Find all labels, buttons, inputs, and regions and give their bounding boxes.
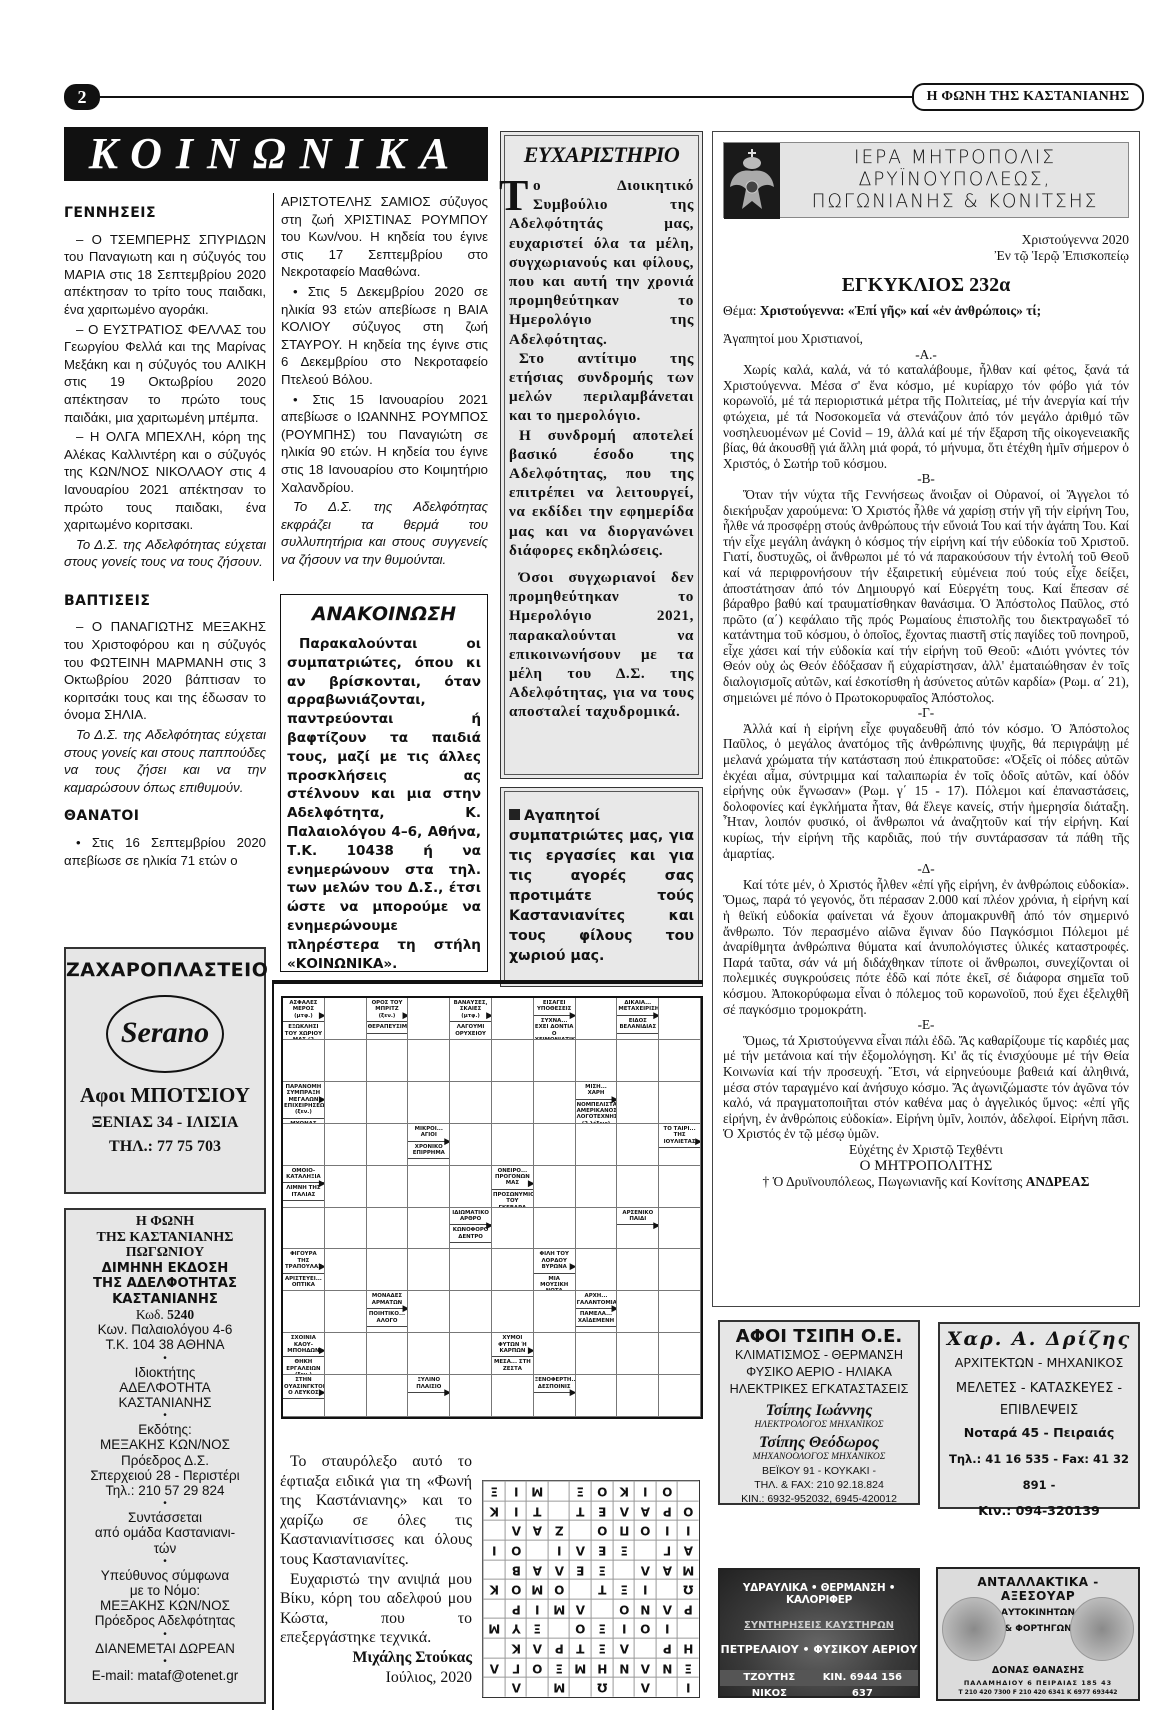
section-mark: -Α.- — [723, 347, 1129, 363]
ad-name: ΔΟΝΑΣ ΘΑΝΑΣΗΣ — [938, 1665, 1138, 1676]
crossword-cell[interactable] — [492, 1291, 534, 1333]
crossword-cell[interactable]: ΣΤΗΝ ΟΥΑΣΙΝΓΚΤΟΝ Ο ΛΕΥΚΟΣ▶ — [283, 1375, 325, 1417]
crossword-cell[interactable] — [450, 1249, 492, 1291]
deaths-heading: ΘΑΝΑΤΟΙ — [64, 808, 266, 826]
crossword-clue: ΜΙΣΗ... ΧΑΡΗ — [576, 1082, 617, 1100]
crossword-cell[interactable] — [492, 1249, 534, 1291]
crossword-solution-grid: ΞΙΜΞΟΚΙΟΚΙΤΤΕΛΑΡΟΛΑΖΟΠΟΙΙΙΟΙΛΕΞΓΑΒΑΛΕΞΛΑ… — [482, 1480, 700, 1698]
closing: Εὐχέτης ἐν Χριστῷ Τεχθέντι — [723, 1142, 1129, 1158]
ad-serano: ΖΑΧΑΡΟΠΛΑΣΤΕΙΟ Serano Αφοι ΜΠΟΤΣΙΟΥ ΞΕΝΙ… — [64, 947, 266, 1194]
encyclical-title: ΕΓΚΥΚΛΙΟΣ 232α — [723, 274, 1129, 297]
crossword-clue: ΤΟ ΤΑΙΡΙ... ΤΗΣ ΙΟΥΛΙΕΤΑΣ — [659, 1124, 700, 1148]
crossword-cell[interactable] — [367, 1208, 409, 1250]
crossword-cell[interactable]: ΕΙΣΑΓΕΙ ΥΠΟΘΕΣΕΙΣΣΥΧΝΑ... ΕΧΕΙ ΔΟΝΤΙΑ Ο … — [534, 998, 576, 1040]
crossword-clue: ΟΜΟΙΟ-ΚΑΤΑΛΗΞΙΑ — [283, 1166, 324, 1184]
crossword-cell[interactable]: ΑΣΦΑΛΕΣ ΜΕΡΟΣ (μτφ.)ΕΞΩΚΛΗΣΙ ΤΟΥ ΧΩΡΙΟΥ … — [283, 998, 325, 1040]
crossword-cell[interactable] — [283, 1124, 325, 1166]
crossword-cell[interactable]: ΧΥΜΟΙ ΦΥΤΩΝ Ή ΚΑΡΠΩΝΜΕΣΑ... ΣΤΗ ΖΕΣΤΑ▶ — [492, 1333, 534, 1375]
crossword-cell[interactable] — [492, 1040, 534, 1082]
solution-cell: Ξ — [591, 1618, 613, 1638]
crossword-cell[interactable] — [617, 1124, 659, 1166]
solution-cell — [483, 1599, 505, 1619]
crossword-cell[interactable] — [408, 1082, 450, 1124]
crossword-cell[interactable] — [325, 1208, 367, 1250]
page-number: 2 — [64, 84, 100, 110]
thanks-box: ΕΥΧΑΡΙΣΤΗΡΙΟ Το Διοικητικό Συμβούλιο της… — [500, 131, 703, 779]
solution-cell: Ξ — [483, 1481, 505, 1501]
solution-cell — [634, 1540, 656, 1560]
signatory-title: Ο ΜΗΤΡΟΠΟΛΙΤΗΣ — [723, 1158, 1129, 1174]
crossword-cell[interactable] — [408, 1249, 450, 1291]
crossword-cell[interactable] — [325, 1040, 367, 1082]
ad-name: ΑΦΟΙ ΤΣΙΠΗ Ο.Ε. — [720, 1326, 918, 1347]
masthead-code: Κωδ. 5240 — [66, 1307, 264, 1322]
solution-cell: Ι — [677, 1520, 699, 1540]
masthead-publisher: Εκδότης: — [66, 1422, 264, 1437]
solution-cell: Μ — [548, 1599, 570, 1619]
crossword-cell[interactable] — [617, 1333, 659, 1375]
solution-cell — [483, 1677, 505, 1697]
solution-cell: Ξ — [677, 1658, 699, 1678]
crossword-cell[interactable] — [576, 1333, 618, 1375]
crossword-cell[interactable] — [325, 1333, 367, 1375]
ad-line: ΥΔΡΑΥΛΙΚΑ • ΘΕΡΜΑΝΣΗ • ΚΑΛΟΡΙΦΕΡ — [720, 1582, 918, 1606]
masthead-email[interactable]: E-mail: mataf@otenet.gr — [66, 1668, 264, 1683]
crossword-cell[interactable] — [492, 998, 534, 1040]
crossword-cell[interactable]: ΟΝΕΙΡΟ... ΠΡΟΓΟΝΩΝ ΜΑΣΠΡΟΣΩΝΥΜΙΟ ΤΟΥ ΓΚΕ… — [492, 1166, 534, 1208]
crossword-cell[interactable] — [492, 1124, 534, 1166]
crossword-cell[interactable]: ΠΑΡΑΝΟΜΗ ΣΥΜΠΡΑΞΗ ΜΕΓΑΛΩΝ ΕΠΙΧΕΙΡΗΣΕΩΝ (… — [283, 1082, 325, 1124]
crossword-cell[interactable] — [534, 1040, 576, 1082]
solution-cell: Ξ — [526, 1618, 548, 1638]
crossword-cell[interactable] — [659, 1291, 701, 1333]
ad-address: ΞΕΝΙΑΣ 34 - ΙΛΙΣΙΑ — [66, 1114, 264, 1132]
masthead-address: Τ.Κ. 104 38 ΑΘΗΝΑ — [66, 1337, 264, 1352]
solution-cell: Ι — [656, 1618, 678, 1638]
solution-cell: Ρ — [656, 1638, 678, 1658]
solution-cell: Ο — [634, 1520, 656, 1540]
crossword-cell[interactable] — [659, 1166, 701, 1208]
crossword-cell[interactable] — [325, 1082, 367, 1124]
crossword-cell[interactable]: ΑΡΣΕΝΙΚΟ ΠΑΙΔΙ▶ — [617, 1208, 659, 1250]
solution-cell: Ι — [677, 1677, 699, 1697]
solution-cell: Γ — [656, 1540, 678, 1560]
crossword-cell[interactable] — [617, 1249, 659, 1291]
crossword-cell[interactable] — [534, 1333, 576, 1375]
section-text: Ἀλλά καί ἡ εἰρήνη εἶχε φυγαδευθῆ ἀπό τόν… — [723, 721, 1129, 861]
crossword-clue: ΜΙΚΡΟΙ... ΑΓΙΟΙ — [408, 1124, 449, 1142]
thanks-title: ΕΥΧΑΡΙΣΤΗΡΙΟ — [509, 142, 694, 168]
section-text: Χωρίς καλά, καλά, νά τό καταλάβουμε, ἦλθ… — [723, 362, 1129, 471]
bullet-separator: • — [66, 1629, 264, 1641]
ad-line: ΣΥΝΤΗΡΗΣΕΙΣ ΚΑΥΣΤΗΡΩΝ — [720, 1620, 918, 1631]
solution-cell: Ι — [505, 1481, 527, 1501]
solution-cell: Ο — [656, 1481, 678, 1501]
crossword-cell[interactable] — [325, 1291, 367, 1333]
signature: † Ὁ Δρυϊνουπόλεως, Πωγωνιανῆς καί Κονίτσ… — [723, 1174, 1129, 1190]
announcement-box: ΑΝΑΚΟΙΝΩΣΗ Παρακαλούνται οι συμπατριώτες… — [280, 594, 488, 972]
solution-cell: Ρ — [548, 1638, 570, 1658]
solution-cell: Ο — [569, 1618, 591, 1638]
solution-cell — [569, 1520, 591, 1540]
crossword-clue: ΝΟΜΠΕΛΙΣΤΑΣ ΑΜΕΡΙΚΑΝΟΣ ΛΟΓΟΤΕΧΝΗΣ (2 λέξ… — [576, 1100, 617, 1124]
solution-cell: Ο — [505, 1579, 527, 1599]
crossword-cell[interactable] — [617, 1040, 659, 1082]
birth-item: – Ο ΕΥΣΤΡΑΤΙΟΣ ΦΕΛΛΑΣ του Γεωργίου Φελλά… — [64, 321, 266, 427]
crossword-clue: ΒΑΝΑΥΣΕΣ, ΣΚΑΙΕΣ (μτφ.) — [450, 998, 491, 1022]
masthead-responsible: ΜΕΞΑΚΗΣ ΚΩΝ/ΝΟΣ — [66, 1598, 264, 1613]
crossword-cell[interactable] — [534, 1291, 576, 1333]
section-mark: -Ε- — [723, 1017, 1129, 1033]
solution-cell: Λ — [548, 1560, 570, 1580]
crossword-cell[interactable] — [450, 1082, 492, 1124]
ad-mobile: Κιν.: 094-320139 — [940, 1498, 1138, 1524]
solution-cell: Α — [677, 1540, 699, 1560]
masthead-responsible: Πρόεδρος Αδελφότητας — [66, 1613, 264, 1628]
bullet-separator: • — [66, 1353, 264, 1365]
crossword-cell[interactable]: ΟΜΟΙΟ-ΚΑΤΑΛΗΞΙΑΛΙΜΝΗ ΤΗΣ ΙΤΑΛΙΑΣ▶ — [283, 1166, 325, 1208]
crossword-left-rule — [272, 980, 274, 1710]
place-line: Ἐν τῷ Ἱερῷ Ἐπισκοπείῳ — [723, 248, 1129, 264]
solution-cell — [548, 1618, 570, 1638]
solution-cell: Η — [591, 1658, 613, 1678]
crossword-clue: ΧΥΜΟΙ ΦΥΤΩΝ Ή ΚΑΡΠΩΝ — [492, 1333, 533, 1357]
solution-cell — [569, 1677, 591, 1697]
crossword-cell[interactable] — [408, 1208, 450, 1250]
crossword-cell[interactable] — [492, 1082, 534, 1124]
solution-cell: Ξ — [548, 1658, 570, 1678]
section-banner-koinonika: ΚΟΙΝΩΝΙΚΑ — [64, 127, 488, 181]
bullet-separator: • — [66, 1410, 264, 1422]
solution-cell: Λ — [634, 1677, 656, 1697]
crossword-cell[interactable]: ΔΙΚΑΙΑ... ΜΕΤΑΧΕΙΡΙΣΗΕΙΔΟΣ ΒΕΛΑΝΙΔΙΑΣ▶ — [617, 998, 659, 1040]
crossword-clue: ΑΣΦΑΛΕΣ ΜΕΡΟΣ (μτφ.) — [283, 998, 324, 1022]
crossword-cell[interactable] — [576, 1375, 618, 1417]
solution-cell: Ο — [526, 1658, 548, 1678]
solution-cell: Ρ — [505, 1599, 527, 1619]
crossword-cell[interactable] — [659, 1082, 701, 1124]
thanks-paragraph: Στο αντίτιμο της ετήσιας συνδρομής των μ… — [509, 349, 694, 426]
death-item: • Στις 5 Δεκεμβρίου 2020 σε ηλικία 93 ετ… — [281, 283, 488, 389]
solution-cell: Ο — [591, 1481, 613, 1501]
crossword-clue: ΔΙΚΑΙΑ... ΜΕΤΑΧΕΙΡΙΣΗ — [617, 998, 658, 1016]
crossword-cell[interactable] — [617, 1375, 659, 1417]
ad-name: Χαρ. Α. Δρίζης — [940, 1328, 1138, 1350]
solution-cell — [613, 1560, 635, 1580]
announcement-body: Παρακαλούνται οι συμπατριώτες, όπου κι α… — [287, 635, 481, 973]
appeal-box: Αγαπητοί συμπατριώτες μας, για τις εργασ… — [500, 787, 703, 987]
crossword-cell[interactable] — [534, 1082, 576, 1124]
crossword-cell[interactable] — [492, 1375, 534, 1417]
crossword-cell[interactable] — [576, 1040, 618, 1082]
solution-cell — [483, 1638, 505, 1658]
appeal-text: Αγαπητοί συμπατριώτες μας, για τις εργασ… — [509, 808, 694, 964]
solution-cell: Ο — [613, 1599, 635, 1619]
crossword-cell[interactable]: ΙΔΙΩΜΑΤΙΚΟ ΑΡΘΡΟΚΩΝΟΦΟΡΟ ΔΕΝΤΡΟ▶ — [450, 1208, 492, 1250]
car-image-icon — [942, 1597, 1006, 1661]
ad-hydraulics: ΥΔΡΑΥΛΙΚΑ • ΘΕΡΜΑΝΣΗ • ΚΑΛΟΡΙΦΕΡ ΣΥΝΤΗΡΗ… — [718, 1568, 920, 1698]
salutation: Ἀγαπητοί μου Χριστιανοί, — [723, 331, 1129, 347]
crossword-cell[interactable] — [617, 1082, 659, 1124]
section-mark: -Β- — [723, 471, 1129, 487]
crossword-clue: ΑΡΧΗ... ΓΑΛΑΝΤΟΜΙΑΣ — [576, 1291, 617, 1309]
solution-cell — [677, 1618, 699, 1638]
column-divider — [273, 193, 274, 581]
solution-cell: Λ — [505, 1677, 527, 1697]
solution-cell: Ο — [677, 1501, 699, 1521]
crossword-cell[interactable] — [450, 1291, 492, 1333]
crossword-cell[interactable] — [534, 1124, 576, 1166]
solution-cell: Ν — [656, 1658, 678, 1678]
ad-role: ΜΗΧΑΝΟΟΛΟΓΟΣ ΜΗΧΑΝΙΚΟΣ — [720, 1452, 918, 1462]
baptisms-wish: Το Δ.Σ. της Αδελφότητας εύχεται στους γο… — [64, 726, 266, 796]
crossword-cell[interactable] — [534, 1166, 576, 1208]
crossword-cell[interactable] — [367, 1040, 409, 1082]
crossword-cell[interactable] — [659, 1040, 701, 1082]
crossword-cell[interactable] — [367, 1082, 409, 1124]
ad-phone: ΤΗΛ.: 77 75 703 — [66, 1138, 264, 1156]
crossword-clue: ΕΙΣΑΓΕΙ ΥΠΟΘΕΣΕΙΣ — [534, 998, 575, 1016]
solution-cell: Λ — [526, 1638, 548, 1658]
crossword-clue: ΣΧΟΙΝΙΑ ΚΑΟΥ-ΜΠΟΗΔΩΝ — [283, 1333, 324, 1357]
credit-paragraph: Ευχαριστώ την ανιψιά μου Βίκυ, κόρη του … — [280, 1570, 472, 1648]
crossword-clue: ΑΡΣΕΝΙΚΟ ΠΑΙΔΙ — [617, 1208, 658, 1226]
crossword-clue: ΟΡΟΣ ΤΟΥ ΜΠΡΙΤΖ (ξεν.) — [367, 998, 408, 1022]
masthead-editors: από ομάδα Καστανιανι- — [66, 1525, 264, 1540]
crossword-cell[interactable]: ΤΟ ΤΑΙΡΙ... ΤΗΣ ΙΟΥΛΙΕΤΑΣ▶ — [659, 1124, 701, 1166]
truck-image-icon — [1070, 1597, 1134, 1661]
crossword-clue: ΜΟΝΑΔΕΣ ΑΡΜΑΤΩΝ — [367, 1291, 408, 1309]
crossword-cell[interactable] — [367, 1249, 409, 1291]
solution-cell: Μ — [526, 1579, 548, 1599]
crossword-cell[interactable] — [325, 1375, 367, 1417]
crossword-cell[interactable] — [408, 998, 450, 1040]
crossword-cell[interactable] — [576, 1208, 618, 1250]
crossword-cell[interactable]: ΞΥΛΙΝΟ ΠΛΑΙΣΙΟ▶ — [408, 1375, 450, 1417]
masthead-title-line: ΠΩΓΩΝΙΟΥ — [66, 1245, 264, 1261]
baptisms-heading: ΒΑΠΤΙΣΕΙΣ — [64, 593, 266, 611]
solution-cell: Μ — [483, 1618, 505, 1638]
crossword-cell[interactable] — [576, 1124, 618, 1166]
solution-cell: Κ — [505, 1638, 527, 1658]
masthead-title-line: Η ΦΩΝΗ — [66, 1214, 264, 1230]
crossword-clue: ΞΕΝΟΦΕΡΤΗ... ΔΕΣΠΟΙΝΙΣ — [534, 1375, 575, 1393]
crossword-cell[interactable] — [367, 1333, 409, 1375]
crossword-cell[interactable] — [576, 1166, 618, 1208]
crossword-clue: ΙΔΙΩΜΑΤΙΚΟ ΑΡΘΡΟ — [450, 1208, 491, 1226]
solution-cell: Ξ — [591, 1638, 613, 1658]
solution-cell: Ι — [656, 1520, 678, 1540]
crossword-clue: ΟΝΕΙΡΟ... ΠΡΟΓΟΝΩΝ ΜΑΣ — [492, 1166, 533, 1190]
solution-cell: Μ — [569, 1658, 591, 1678]
ad-phone: T 210 420 7300 F 210 420 6341 K 6977 693… — [938, 1689, 1138, 1696]
crossword-cell[interactable]: ΜΙΚΡΟΙ... ΑΓΙΟΙΧΡΟΝΙΚΟ ΕΠΙΡΡΗΜΑ▶ — [408, 1124, 450, 1166]
solution-cell: Η — [677, 1638, 699, 1658]
masthead-subtitle-line: ΔΙΜΗΝΗ ΕΚΔΟΣΗ — [66, 1261, 264, 1277]
solution-cell: Ζ — [548, 1520, 570, 1540]
bullet-separator: • — [66, 1498, 264, 1510]
crossword-cell[interactable] — [408, 1333, 450, 1375]
crossword-cell[interactable] — [659, 1333, 701, 1375]
solution-cell: Ω — [591, 1677, 613, 1697]
death-item: • Στις 16 Σεπτεμβρίου 2020 απεβίωσε σε η… — [64, 834, 266, 869]
credit-paragraph: Το σταυρόλεξο αυτό το έφτιαξα ειδικά για… — [280, 1452, 472, 1570]
ad-service: ΗΛΕΚΤΡΙΚΕΣ ΕΓΚΑΤΑΣΤΑΣΕΙΣ — [720, 1381, 918, 1398]
baptism-item: – Ο ΠΑΝΑΓΙΩΤΗΣ ΜΕΞΑΚΗΣ του Χριστοφόρου κ… — [64, 618, 266, 724]
social-column-right: ΑΡΙΣΤΟΤΕΛΗΣ ΣΑΜΙΟΣ σύζυγος στη ζωή ΧΡΙΣΤ… — [281, 193, 488, 570]
crossword-cell[interactable] — [325, 998, 367, 1040]
section-text: Ὅμως, τά Χριστούγεννα εἶναι πάλι ἐδῶ. Ἄς… — [723, 1033, 1129, 1142]
ad-category: ΖΑΧΑΡΟΠΛΑΣΤΕΙΟ — [66, 959, 264, 981]
crossword-cell[interactable] — [450, 1040, 492, 1082]
ad-contact: ΤΗΛ. & FAX: 210 92.18.824 — [720, 1478, 918, 1492]
crossword-cell[interactable] — [283, 1040, 325, 1082]
ad-role: ΗΛΕΚΤΡΟΛΟΓΟΣ ΜΗΧΑΝΙΚΟΣ — [720, 1420, 918, 1430]
solution-cell: Ι — [613, 1618, 635, 1638]
birth-item: – Η ΟΛΓΑ ΜΠΕΧΛΗ, κόρη της Αλέκας Καλλιντ… — [64, 428, 266, 534]
crossword-clue: ΕΙΔΟΣ ΒΕΛΑΝΙΔΙΑΣ — [617, 1016, 658, 1034]
crossword-cell[interactable] — [576, 998, 618, 1040]
masthead-publisher: Πρόεδρος Δ.Σ. — [66, 1453, 264, 1468]
solution-cell: Β — [505, 1560, 527, 1580]
crossword-cell[interactable]: ΜΙΣΗ... ΧΑΡΗΝΟΜΠΕΛΙΣΤΑΣ ΑΜΕΡΙΚΑΝΟΣ ΛΟΓΟΤ… — [576, 1082, 618, 1124]
crossword-cell[interactable]: ΒΑΝΑΥΣΕΣ, ΣΚΑΙΕΣ (μτφ.)ΛΑΓΟΥΜΙ ΟΡΥΧΕΙΟΥ▶ — [450, 998, 492, 1040]
crossword-cell[interactable] — [408, 1040, 450, 1082]
solution-cell: Ε — [591, 1501, 613, 1521]
header-rule — [100, 96, 912, 98]
crossword-cell[interactable] — [576, 1249, 618, 1291]
crossword-cell[interactable] — [408, 1166, 450, 1208]
bullet-separator: • — [66, 1556, 264, 1568]
solution-cell: Ι — [526, 1599, 548, 1619]
solution-cell: Λ — [613, 1501, 635, 1521]
masthead-address: Κων. Παλαιολόγου 4-6 — [66, 1322, 264, 1337]
masthead-publisher: ΜΕΞΑΚΗΣ ΚΩΝ/ΝΟΣ — [66, 1437, 264, 1452]
masthead-title-line: ΤΗΣ ΚΑΣΤΑΝΙΑΝΗΣ — [66, 1230, 264, 1246]
crossword-cell[interactable] — [325, 1249, 367, 1291]
crossword-cell[interactable]: ΦΙΛΗ ΤΟΥ ΛΟΡΔΟΥ ΒΥΡΩΝΑΜΙΑ ΜΟΥΣΙΚΗ ΝΟΤΑ▶ — [534, 1249, 576, 1291]
crossword-cell[interactable]: ΑΡΧΗ... ΓΑΛΑΝΤΟΜΙΑΣΠΑΜΕΛΑ... ΧΑΪΔΕΜΕΝΗ▶ — [576, 1291, 618, 1333]
ad-line: ΑΡΧΙΤΕΚΤΩΝ - ΜΗΧΑΝΙΚΟΣ — [940, 1350, 1138, 1376]
solution-cell: Ξ — [613, 1579, 635, 1599]
masthead-box: Η ΦΩΝΗ ΤΗΣ ΚΑΣΤΑΝΙΑΝΗΣ ΠΩΓΩΝΙΟΥ ΔΙΜΗΝΗ Ε… — [64, 1208, 266, 1704]
death-item: • Στις 15 Ιανουαρίου 2021 απεβίωσε ο ΙΩΑ… — [281, 391, 488, 497]
crossword-clue: ΜΕΣΑ... ΣΤΗ ΖΕΣΤΑ — [492, 1357, 533, 1375]
bullet-separator: • — [66, 1656, 264, 1668]
crossword-cell[interactable] — [408, 1291, 450, 1333]
credit-date: Ιούλιος, 2020 — [280, 1668, 472, 1688]
crossword-cell[interactable] — [283, 1208, 325, 1250]
solution-cell: Μ — [526, 1481, 548, 1501]
crossword-cell[interactable]: ΣΧΟΙΝΙΑ ΚΑΟΥ-ΜΠΟΗΔΩΝΘΗΚΗ ΕΡΓΑΛΕΙΩΝ (ξεν.… — [283, 1333, 325, 1375]
announcement-title: ΑΝΑΚΟΙΝΩΣΗ — [287, 603, 481, 625]
crossword-cell[interactable] — [367, 1375, 409, 1417]
serano-logo: Serano — [106, 995, 224, 1073]
solution-cell: Τ — [569, 1638, 591, 1658]
crossword-cell[interactable] — [325, 1124, 367, 1166]
solution-cell: Λ — [613, 1638, 635, 1658]
solution-cell — [548, 1481, 570, 1501]
crossword-cell[interactable] — [450, 1124, 492, 1166]
crossword-cell[interactable] — [659, 1375, 701, 1417]
ad-service: ΦΥΣΙΚΟ ΑΕΡΙΟ - ΗΛΙΑΚΑ — [720, 1364, 918, 1381]
solution-cell: Π — [613, 1520, 635, 1540]
crossword-cell[interactable]: ΦΙΓΟΥΡΑ ΤΗΣ ΤΡΑΠΟΥΛΑΣΑΡΙΣΤΕΥΕΙ... ΟΠΤΙΚΑ… — [283, 1249, 325, 1291]
masthead-responsible: Υπεύθυνος σύμφωνα — [66, 1568, 264, 1583]
solution-cell: Ι — [483, 1540, 505, 1560]
ad-person: Τσίπης Θεόδωρος — [720, 1434, 918, 1452]
crossword-cell[interactable] — [659, 1249, 701, 1291]
square-bullet-icon — [509, 809, 520, 820]
crossword-cell[interactable] — [283, 1291, 325, 1333]
death-item: ΑΡΙΣΤΟΤΕΛΗΣ ΣΑΜΙΟΣ σύζυγος στη ζωή ΧΡΙΣΤ… — [281, 193, 488, 281]
crossword-cell[interactable] — [617, 1291, 659, 1333]
double-headed-eagle-icon — [724, 143, 780, 219]
solution-cell: Λ — [483, 1658, 505, 1678]
solution-cell: Κ — [483, 1579, 505, 1599]
crossword-cell[interactable] — [450, 1166, 492, 1208]
ad-line: ΠΕΤΡΕΛΑΙΟΥ • ΦΥΣΙΚΟΥ ΑΕΡΙΟΥ — [720, 1643, 918, 1656]
crossword-cell[interactable] — [367, 1166, 409, 1208]
solution-cell: Υ — [505, 1618, 527, 1638]
solution-cell: Ο — [505, 1540, 527, 1560]
solution-cell: Ι — [634, 1481, 656, 1501]
solution-cell: Ο — [634, 1618, 656, 1638]
solution-cell: Ι — [634, 1579, 656, 1599]
solution-cell: Α — [656, 1560, 678, 1580]
masthead-editors: Συντάσσεται — [66, 1510, 264, 1525]
crossword-cell[interactable] — [450, 1375, 492, 1417]
solution-cell: Ν — [634, 1599, 656, 1619]
crossword-cell[interactable] — [325, 1166, 367, 1208]
crossword-cell[interactable] — [659, 998, 701, 1040]
solution-cell: Ε — [569, 1560, 591, 1580]
crossword-cell[interactable] — [492, 1208, 534, 1250]
solution-cell: Λ — [569, 1599, 591, 1619]
solution-cell — [569, 1579, 591, 1599]
crossword-clue: ΦΙΛΗ ΤΟΥ ΛΟΡΔΟΥ ΒΥΡΩΝΑ — [534, 1249, 575, 1273]
crossword-cell[interactable] — [659, 1208, 701, 1250]
solution-cell: Ι — [548, 1540, 570, 1560]
solution-cell — [526, 1540, 548, 1560]
ad-tsipi: ΑΦΟΙ ΤΣΙΠΗ Ο.Ε. ΚΛΙΜΑΤΙΣΜΟΣ - ΘΕΡΜΑΝΣΗ Φ… — [718, 1320, 920, 1505]
crossword-cell[interactable]: ΞΕΝΟΦΕΡΤΗ... ΔΕΣΠΟΙΝΙΣ▶ — [534, 1375, 576, 1417]
birth-item: – Ο ΤΣΕΜΠΕΡΗΣ ΣΠΥΡΙΔΩΝ του Παναγιωτη και… — [64, 231, 266, 319]
solution-cell: Ξ — [591, 1560, 613, 1580]
solution-cell: Λ — [634, 1560, 656, 1580]
crossword-top-rule — [272, 980, 703, 984]
solution-cell — [591, 1599, 613, 1619]
crossword-cell[interactable]: ΜΟΝΑΔΕΣ ΑΡΜΑΤΩΝΠΟΙΗΤΙΚΟ... ΑΛΟΓΟ▶ — [367, 1291, 409, 1333]
masthead-owner: Ιδιοκτήτης — [66, 1365, 264, 1380]
solution-cell — [548, 1501, 570, 1521]
crossword-cell[interactable] — [450, 1333, 492, 1375]
masthead-owner: ΑΔΕΛΦΟΤΗΤΑ — [66, 1380, 264, 1395]
ad-contact: ΚΙΝ.: 6932-952032, 6945-420012 — [720, 1492, 918, 1506]
crossword-cell[interactable] — [617, 1166, 659, 1208]
crossword-clue: ΚΩΝΟΦΟΡΟ ΔΕΝΤΡΟ — [450, 1225, 491, 1243]
crossword-grid: ΑΣΦΑΛΕΣ ΜΕΡΟΣ (μτφ.)ΕΞΩΚΛΗΣΙ ΤΟΥ ΧΩΡΙΟΥ … — [281, 996, 703, 1419]
crossword-cell[interactable] — [367, 1124, 409, 1166]
metropolis-title: ΙΕΡΑ ΜΗΤΡΟΠΟΛΙΣ ΔΡΥΪΝΟΥΠΟΛΕΩΣ, ΠΩΓΩΝΙΑΝΗ… — [782, 147, 1128, 213]
ad-person: Τσίπης Ιωάννης — [720, 1402, 918, 1420]
crossword-cell[interactable]: ΟΡΟΣ ΤΟΥ ΜΠΡΙΤΖ (ξεν.)ΘΕΡΑΠΕΥΣΙΜΑ▶ — [367, 998, 409, 1040]
encyclical-article: ΙΕΡΑ ΜΗΤΡΟΠΟΛΙΣ ΔΡΥΪΝΟΥΠΟΛΕΩΣ, ΠΩΓΩΝΙΑΝΗ… — [712, 131, 1140, 1307]
ad-contact: ΒΕΪΚΟΥ 91 - ΚΟΥΚΑΚΙ - — [720, 1464, 918, 1478]
section-mark: -Δ- — [723, 861, 1129, 877]
publication-title: Η ΦΩΝΗ ΤΗΣ ΚΑΣΤΑΝΙΑΝΗΣ — [912, 83, 1144, 111]
crossword-cell[interactable] — [534, 1208, 576, 1250]
